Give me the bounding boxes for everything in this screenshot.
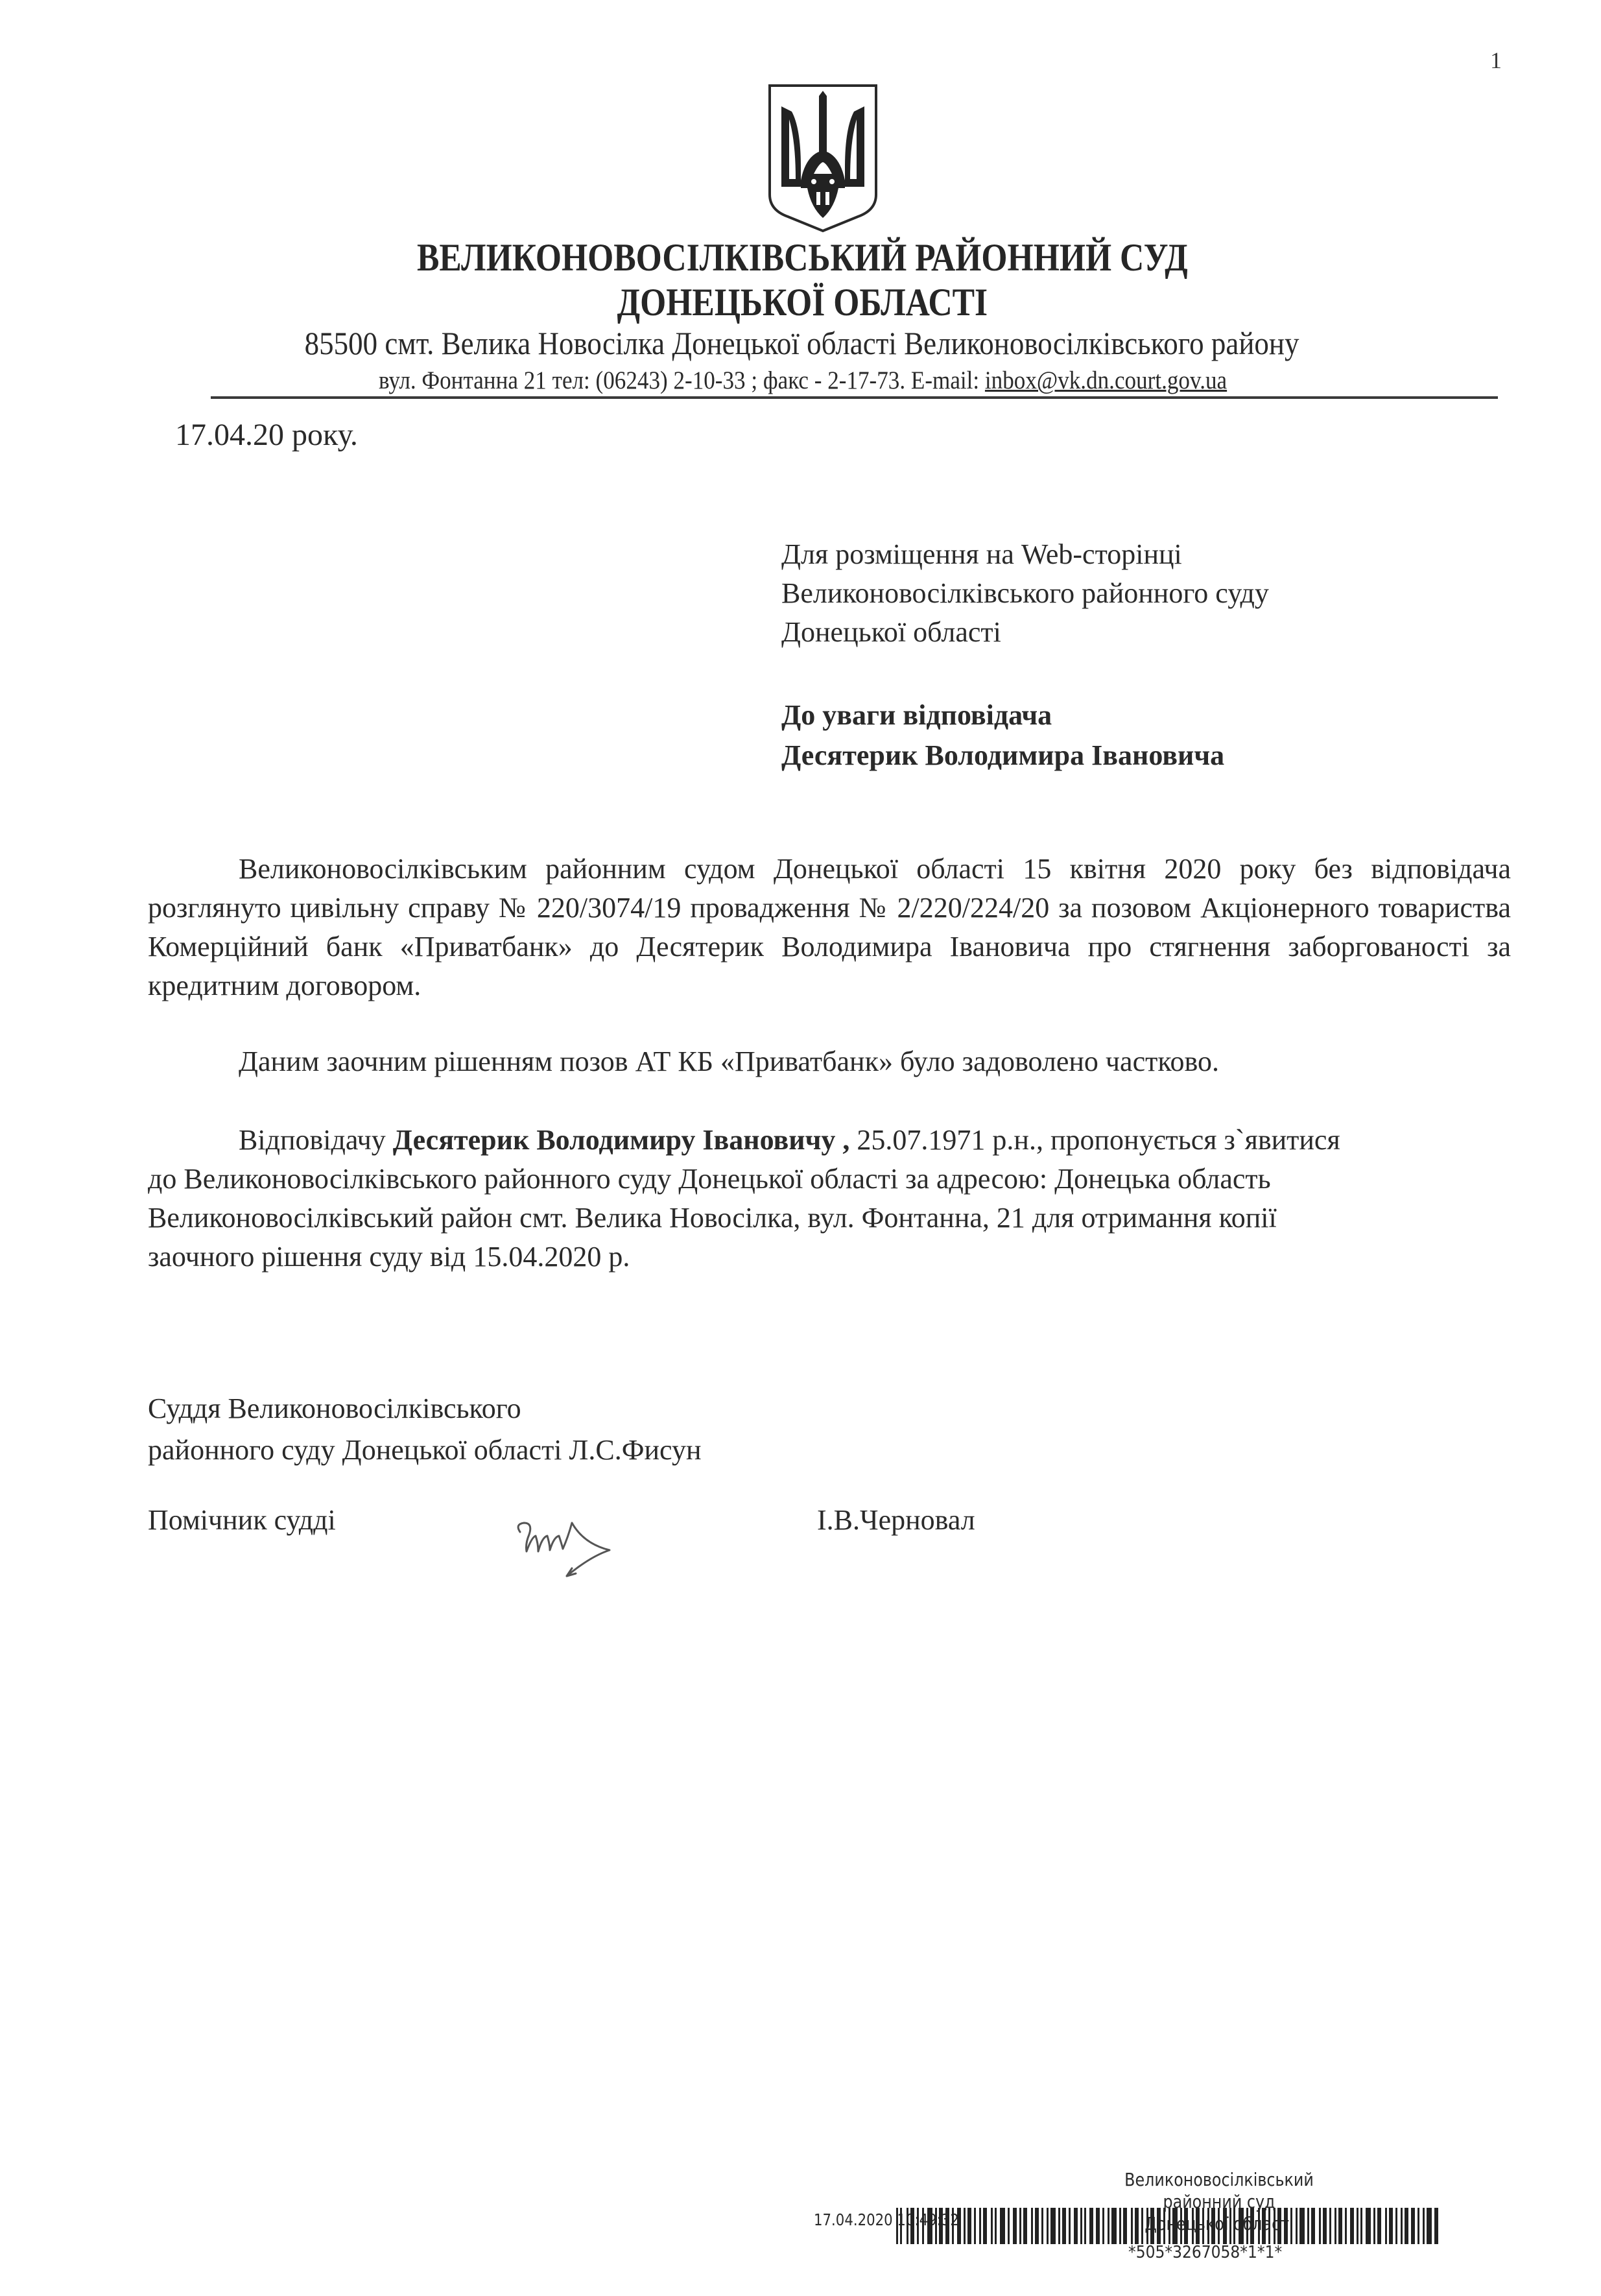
judge-title: Суддя Великоновосілківського: [148, 1388, 702, 1429]
addressee-line: Для розміщення на Web-сторінці: [781, 535, 1269, 574]
assistant-label: Помічник судді: [148, 1503, 336, 1537]
addressee-block: Для розміщення на Web-сторінці Великонов…: [781, 535, 1269, 652]
body-paragraph-case: Великоновосілківським районним судом Дон…: [148, 850, 1511, 1005]
attention-line: До уваги відповідача: [781, 695, 1224, 735]
email-link[interactable]: inbox@vk.dn.court.gov.ua: [985, 366, 1227, 394]
header-divider: [211, 396, 1498, 399]
court-address: 85500 смт. Велика Новосілка Донецької об…: [82, 324, 1523, 362]
barcode-icon: [896, 2208, 1440, 2244]
court-region-title: ДОНЕЦЬКОЇ ОБЛАСТІ: [114, 280, 1491, 325]
summons-line1: 25.07.1971 р.н., пропонується з`явитися: [849, 1124, 1340, 1156]
contact-details: вул. Фонтанна 21 тел: (06243) 2-10-33 ; …: [379, 366, 985, 394]
defendant-name: Десятерик Володимиру Івановичу ,: [393, 1124, 850, 1156]
addressee-line: Великоновосілківського районного суду: [781, 574, 1269, 613]
document-date: 17.04.20 року.: [175, 417, 358, 453]
summons-line2: до Великоновосілківського районного суду…: [148, 1163, 1271, 1195]
handwritten-signature-icon: [512, 1518, 629, 1589]
attention-block: До уваги відповідача Десятерик Володимир…: [781, 695, 1224, 776]
page-number: 1: [1490, 47, 1502, 74]
court-contacts: вул. Фонтанна 21 тел: (06243) 2-10-33 ; …: [82, 366, 1523, 395]
assistant-name: І.В.Черновал: [817, 1503, 975, 1537]
court-name-title: ВЕЛИКОНОВОСІЛКІВСЬКИЙ РАЙОННИЙ СУД: [114, 235, 1491, 280]
body-paragraph-summons: Відповідачу Десятерик Володимиру Іванови…: [148, 1121, 1511, 1276]
summons-prefix: Відповідачу: [239, 1124, 393, 1156]
judge-name: районного суду Донецької області Л.С.Фис…: [148, 1429, 702, 1471]
barcode-number: *505*3267058*1*1*: [1128, 2243, 1282, 2262]
stamp-court-line: Великоновосілківський районний суд: [1087, 2169, 1351, 2213]
trident-coat-of-arms-icon: [767, 83, 879, 233]
attention-line: Десятерик Володимира Івановича: [781, 735, 1224, 776]
judge-signature-block: Суддя Великоновосілківського районного с…: [148, 1388, 702, 1471]
addressee-line: Донецької області: [781, 613, 1269, 652]
summons-line4: заочного рішення суду від 15.04.2020 р.: [148, 1241, 630, 1273]
summons-line3: Великоновосілківський район смт. Велика …: [148, 1202, 1277, 1234]
body-paragraph-decision: Даним заочним рішенням позов АТ КБ «Прив…: [148, 1042, 1511, 1081]
